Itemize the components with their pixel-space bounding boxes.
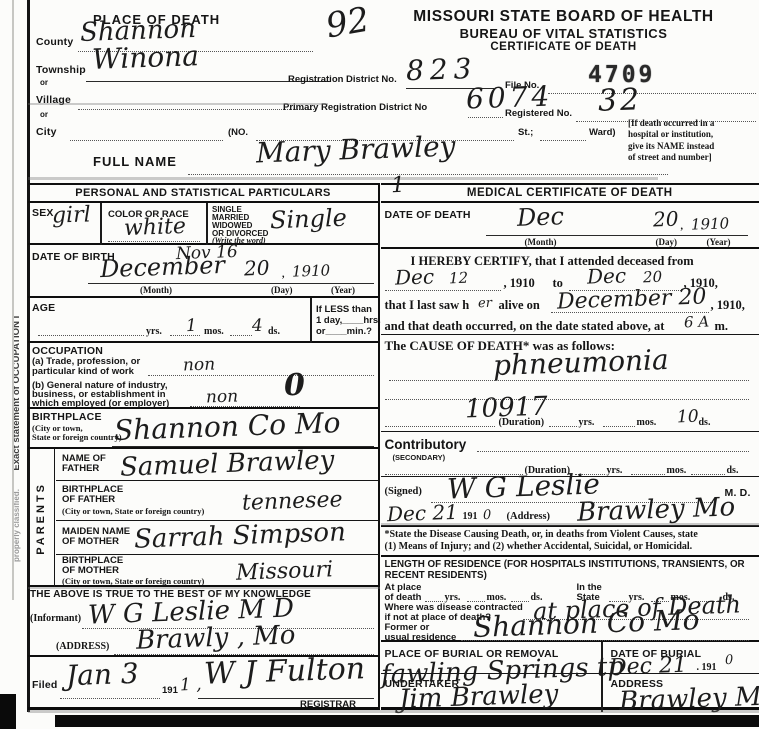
cell-divider: [310, 298, 312, 343]
full-name-label: FULL NAME: [93, 154, 177, 169]
birthplace-value: Shannon Co Mo: [114, 409, 341, 445]
parents-section: PARENTS NAME OF FATHER Samuel Brawley BI…: [28, 449, 378, 587]
village-line: [78, 108, 316, 110]
duration-lead-line: [385, 425, 495, 427]
day-caption: (Day): [271, 285, 293, 295]
sex-value: girl: [52, 204, 91, 227]
certify-from-month: Dec: [394, 266, 434, 287]
date-of-death-row: DATE OF DEATH Dec 20 , 1910 (Month) (Day…: [381, 203, 759, 249]
cause-line-2: [385, 398, 749, 400]
filed-year-printed: 191: [162, 685, 178, 696]
certify-year-a: , 1910: [504, 276, 535, 291]
saw-year: , 1910,: [711, 298, 745, 313]
date-of-birth-row: DATE OF BIRTH Nov 16 December 20 , 1910 …: [28, 245, 378, 298]
cause-value: phneumonia: [492, 346, 669, 380]
filed-label: Filed: [32, 679, 58, 691]
county-label: County: [36, 36, 73, 48]
footnote-line2: (1) Means of Injury; and (2) whether Acc…: [385, 541, 693, 552]
contrib-mos-line: [631, 473, 665, 475]
filed-date-value: Jan 3: [66, 660, 140, 691]
burial-year-printed: . 191: [697, 662, 717, 673]
residence-header-line2: RECENT RESIDENTS): [385, 570, 487, 581]
informant-address-label: (ADDRESS): [56, 641, 109, 652]
death-certificate-scan: properly classified. Exact statement of …: [0, 0, 759, 729]
informant-section: THE ABOVE IS TRUE TO THE BEST OF MY KNOW…: [28, 587, 378, 657]
scan-bottom-bar: [55, 715, 759, 727]
occupation-b-value: non: [206, 388, 239, 406]
dod-line: [486, 234, 748, 236]
file-no-line: [548, 92, 756, 94]
scan-artifact: [28, 177, 658, 180]
less-than-line1: If LESS than: [316, 304, 372, 315]
hospital-note-line1: [If death occurred in a: [628, 118, 758, 129]
year-caption: (Year): [331, 285, 355, 295]
dod-month-value: Dec: [516, 204, 564, 230]
duration-yrs-line: [549, 425, 577, 427]
contributory-label: Contributory: [385, 437, 467, 452]
hour-value: 6 A: [683, 315, 709, 331]
signed-label: (Signed): [385, 486, 422, 497]
full-name-line: [188, 173, 668, 175]
parents-rows: NAME OF FATHER Samuel Brawley BIRTHPLACE…: [56, 449, 380, 587]
cell-divider: [206, 203, 208, 245]
cell-divider: [100, 203, 102, 245]
date-of-death-label: DATE OF DEATH: [385, 209, 471, 221]
cause-line-1: [389, 379, 749, 381]
yrs-label: yrs.: [579, 417, 595, 428]
father-name-row: NAME OF FATHER Samuel Brawley: [56, 449, 380, 481]
city-st-label: St.;: [518, 127, 533, 138]
dod-comma: ,: [681, 221, 684, 232]
undertaker-address-value: Brawley Mo: [618, 683, 759, 715]
city-no-label: (NO.: [228, 127, 248, 138]
father-name-value: Samuel Brawley: [120, 447, 335, 480]
signed-address-label: (Address): [507, 511, 551, 522]
parents-label: PARENTS: [35, 482, 47, 555]
day-caption: (Day): [656, 237, 678, 247]
mother-name-value: Sarrah Simpson: [134, 519, 347, 552]
father-bp-value: tennesee: [242, 489, 343, 514]
hospital-note-line4: of street and number]: [628, 152, 758, 163]
registrar-signature: W J Fulton: [204, 654, 366, 690]
personal-section-header: PERSONAL AND STATISTICAL PARTICULARS: [28, 185, 378, 203]
contributory-line: [477, 450, 749, 452]
registered-no-label: Registered No.: [505, 108, 572, 119]
father-birthplace-row: BIRTHPLACE OF FATHER (City or town, Stat…: [56, 481, 380, 521]
city-st-line: [540, 139, 586, 141]
occupation-a-line: [148, 374, 374, 376]
filed-year-value: 1 ,: [180, 677, 202, 695]
color-race-line: [108, 240, 200, 242]
certify-from-day: 12: [448, 271, 468, 287]
certify-line1: I HEREBY CERTIFY, that I attended deceas…: [411, 254, 694, 269]
city-ward-label: Ward): [589, 127, 616, 138]
age-label: AGE: [32, 302, 55, 314]
hospital-note-line2: hospital or institution,: [628, 129, 758, 140]
mother-birthplace-row: BIRTHPLACE OF MOTHER (City or town, Stat…: [56, 555, 380, 587]
signed-date-value: Dec 21: [386, 502, 458, 524]
contrib-ds-line: [691, 473, 725, 475]
birthplace-line: [112, 445, 374, 447]
occupation-b-line3: which employed (or employer): [32, 398, 169, 409]
primary-registration-label: Primary Registration District No: [283, 102, 427, 113]
city-line: [70, 139, 223, 141]
registrar-label: REGISTRAR: [300, 699, 356, 710]
registered-no-value: 32: [597, 85, 642, 117]
mother-name-row: MAIDEN NAME OF MOTHER Sarrah Simpson: [56, 521, 380, 555]
personal-column: PERSONAL AND STATISTICAL PARTICULARS SEX…: [28, 183, 380, 710]
village-or: or: [40, 110, 48, 119]
less-than-line3: or____min.?: [316, 326, 372, 337]
burial-place-value: fawling Springs tp: [380, 654, 624, 688]
saw-text-2: alive on: [499, 298, 540, 313]
ds-label: ds.: [699, 417, 711, 428]
mother-bp-sub: (City or town, State or foreign country): [62, 576, 204, 586]
birthplace-sub2: State or foreign country): [32, 432, 122, 442]
certificate-subtitle: CERTIFICATE OF DEATH: [368, 41, 759, 53]
mos-label: mos.: [637, 417, 657, 428]
hospital-note-line3: give its NAME instead: [628, 141, 758, 152]
signed-year-printed: 191: [463, 511, 478, 522]
occurred-text-2: m.: [715, 319, 729, 334]
saw-text-1: that I last saw h: [385, 298, 470, 313]
medical-section-title: MEDICAL CERTIFICATE OF DEATH: [381, 187, 759, 199]
scan-black-notch: [0, 694, 16, 729]
birthplace-row: BIRTHPLACE (City or town, State or forei…: [28, 409, 378, 449]
birthplace-label: BIRTHPLACE: [32, 411, 102, 423]
occurred-text: and that death occurred, on the date sta…: [385, 319, 665, 334]
month-caption: (Month): [140, 285, 172, 295]
township-value: Winona: [92, 42, 200, 74]
board-title-line1: MISSOURI STATE BOARD OF HEALTH: [368, 8, 759, 26]
dob-year-value: 1910: [292, 263, 331, 279]
dob-line: [88, 282, 374, 284]
age-yrs-line: [38, 334, 144, 336]
dob-day-value: 20: [244, 258, 270, 279]
ds-label: ds.: [727, 465, 739, 476]
yrs-label: yrs.: [146, 326, 162, 337]
footnote-line1: *State the Disease Causing Death, or, in…: [385, 529, 698, 540]
hospital-note: [If death occurred in a hospital or inst…: [628, 118, 758, 163]
color-race-value: white: [124, 216, 187, 240]
former-value: Shannon Co Mo: [472, 606, 699, 642]
less-than-line2: 1 day,____hrs.: [316, 315, 381, 326]
dob-comma: ,: [282, 269, 285, 280]
saw-date-value: December 20: [556, 286, 706, 313]
footnote-section: *State the Disease Causing Death, or, in…: [381, 527, 759, 557]
ds-label: ds.: [268, 326, 280, 337]
dob-month-value: December: [100, 253, 226, 281]
personal-section-title: PERSONAL AND STATISTICAL PARTICULARS: [28, 187, 378, 199]
village-label: Village: [36, 94, 71, 106]
signed-address-value: Brawley Mo: [576, 494, 735, 526]
month-caption: (Month): [525, 237, 557, 247]
township-label: Township: [36, 64, 86, 76]
medical-section-header: 1 MEDICAL CERTIFICATE OF DEATH: [381, 185, 759, 203]
mos-label: mos.: [667, 465, 687, 476]
age-days-value: 4: [252, 318, 263, 335]
age-row: AGE yrs. 1 mos. 4 ds. If LESS than 1 day…: [28, 298, 378, 343]
certify-to-month: Dec: [586, 265, 626, 286]
mos-label: mos.: [204, 326, 224, 337]
page-number-handwritten: 92: [323, 3, 372, 44]
signed-year-value: 0: [482, 509, 491, 522]
parents-strip: PARENTS: [28, 449, 55, 587]
filed-date-line: [60, 697, 160, 699]
city-label: City: [36, 126, 57, 138]
certify-to-day: 20: [642, 270, 662, 286]
yrs-label: yrs.: [607, 465, 623, 476]
filed-row: Filed Jan 3 191 1 , W J Fulton REGISTRAR: [28, 657, 378, 712]
secondary-label: (SECONDARY): [393, 453, 446, 462]
registration-district-label: Registration District No.: [288, 74, 397, 85]
medical-column: 1 MEDICAL CERTIFICATE OF DEATH DATE OF D…: [381, 183, 759, 710]
duration-mos-line: [603, 425, 635, 427]
cause-of-death-section: The CAUSE OF DEATH* was as follows: phne…: [381, 335, 759, 432]
age-ds-line: [230, 334, 252, 336]
board-title: MISSOURI STATE BOARD OF HEALTH BUREAU OF…: [368, 8, 759, 53]
burial-year-value: 0: [724, 654, 733, 667]
bureau-subtitle: BUREAU OF VITAL STATISTICS: [368, 26, 759, 41]
township-or: or: [40, 78, 48, 87]
mother-bp-value: Missouri: [236, 559, 334, 584]
dod-year-value: 1910: [690, 216, 729, 232]
dod-day-value: 20: [652, 209, 678, 230]
full-name-value: Mary Brawley: [256, 133, 456, 168]
margin-fold-line: [12, 0, 14, 600]
sex-race-marital-row: SEX girl COLOR OR RACE white SINGLE MARR…: [28, 203, 378, 245]
father-name-label2: FATHER: [62, 463, 99, 474]
informant-address-value: Brawly , Mo: [136, 622, 296, 654]
age-months-value: 1: [186, 318, 197, 335]
saw-pronoun-hw: er: [477, 297, 491, 310]
occupation-a-value: non: [183, 356, 216, 374]
sex-label: SEX: [32, 207, 54, 219]
primary-registration-line: [468, 116, 503, 118]
duration-label: (Duration): [499, 417, 545, 428]
burial-row: PLACE OF BURIAL OR REMOVAL fawling Sprin…: [381, 642, 759, 674]
year-caption: (Year): [707, 237, 731, 247]
occupation-row: OCCUPATION (a) Trade, profession, or par…: [28, 343, 378, 409]
cause-duration-days: 10: [676, 409, 698, 427]
certify-paragraph: I HEREBY CERTIFY, that I attended deceas…: [381, 249, 759, 335]
margin-rotated-note: properly classified. Exact statement of …: [6, 6, 24, 562]
mother-bp-label2: OF MOTHER: [62, 565, 119, 576]
contracted-section: Where was disease contracted if not at p…: [381, 602, 759, 642]
registration-district-value: 823: [406, 55, 478, 85]
header: PLACE OF DEATH County Shannon Township o…: [28, 0, 759, 183]
father-bp-sub: (City or town, State or foreign country): [62, 506, 204, 516]
marital-value: Single: [270, 206, 348, 233]
burial-date-value: Dec 21: [608, 655, 687, 680]
residence-header-line1: LENGTH OF RESIDENCE (FOR HOSPITALS INSTI…: [385, 559, 745, 570]
occupation-b-mark: 0: [283, 371, 305, 402]
mother-name-label2: OF MOTHER: [62, 536, 119, 547]
father-bp-label2: OF FATHER: [62, 494, 115, 505]
signed-section: (Signed) W G Leslie M. D. Dec 21 191 0 (…: [381, 477, 759, 527]
informant-label: (Informant): [30, 613, 81, 624]
occupation-a-line2: particular kind of work: [32, 366, 134, 377]
